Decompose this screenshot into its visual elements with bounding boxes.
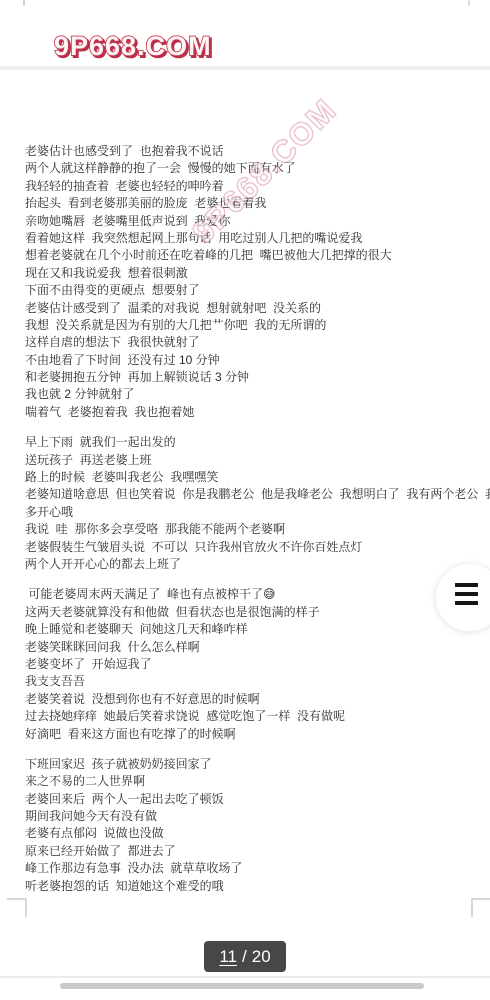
paragraph: 早上下雨 就我们一起出发的送玩孩子 再送老婆上班路上的时候 老婆叫我老公 我嘿嘿… [25,434,487,573]
text-line: 下班回家迟 孩子就被奶奶接回家了 [25,756,487,773]
text-line: 多开心哦 [25,504,487,521]
text-line: 老婆变坏了 开始逗我了 [25,656,487,673]
text-line: 这两天老婆就算没有和他做 但看状态也是很饱满的样子 [25,604,487,621]
text-line: 老婆假装生气皱眉头说 不可以 只许我州官放火不许你百姓点灯 [25,539,487,556]
progress-bar[interactable] [60,983,424,989]
reader-page: 9P668.COM 9P668.COM 9P668.COM 老婆估计也感受到了 … [0,0,490,1000]
page-corner-bottom-right [471,898,490,917]
paragraph: 下班回家迟 孩子就被奶奶接回家了来之不易的二人世界啊老婆回来后 两个人一起出去吃… [25,756,487,895]
page-corner-tick-right [468,0,470,6]
text-line: 老婆知道啥意思 但也笑着说 你是我鹏老公 他是我峰老公 我想明白了 我有两个老公… [25,486,487,503]
text-line: 老婆回来后 两个人一起出去吃了顿饭 [25,791,487,808]
text-line: 可能老婆周末两天满足了 峰也有点被榨干了😅 [25,586,487,603]
bottom-divider [0,976,490,978]
text-line: 送玩孩子 再送老婆上班 [25,452,487,469]
page-corner-bottom-left [7,898,27,917]
paragraph: 老婆估计也感受到了 也抱着我不说话两个人就这样静静的抱了一会 慢慢的她下面有水了… [25,143,487,421]
site-logo: 9P668.COM 9P668.COM [52,26,222,68]
text-line: 听老婆抱怨的话 知道她这个难受的哦 [25,878,487,895]
text-line: 我也就 2 分钟就射了 [25,386,487,403]
text-line: 喘着气 老婆抱着我 我也抱着她 [25,404,487,421]
hamburger-icon [455,583,479,609]
text-line: 下面不由得变的更硬点 想要射了 [25,282,487,299]
text-line: 我想 没关系就是因为有别的大几把艹你吧 我的无所谓的 [25,317,487,334]
text-line: 路上的时候 老婆叫我老公 我嘿嘿笑 [25,469,487,486]
text-line: 不由地看了下时间 还没有过 10 分钟 [25,352,487,369]
text-line: 现在又和我说爱我 想着很刺激 [25,265,487,282]
total-pages: 20 [252,947,271,967]
text-line: 来之不易的二人世界啊 [25,773,487,790]
text-line: 我支支吾吾 [25,673,487,690]
text-line: 老婆估计感受到了 温柔的对我说 想射就射吧 没关系的 [25,300,487,317]
text-line: 两个人开开心心的都去上班了 [25,556,487,573]
text-line: 抬起头 看到老婆那美丽的脸庞 老婆也看着我 [25,195,487,212]
page-indicator[interactable]: 11 / 20 [204,941,286,972]
text-line: 这样自虐的想法下 我很快就射了 [25,334,487,351]
text-line: 亲吻她嘴唇 老婆嘴里低声说到 我爱你 [25,213,487,230]
page-separator: / [242,947,247,967]
current-page-number[interactable]: 11 [219,947,237,967]
text-line: 我说 哇 那你多会享受咯 那我能不能两个老婆啊 [25,521,487,538]
text-line: 老婆估计也感受到了 也抱着我不说话 [25,143,487,160]
text-line: 过去挠她痒痒 她最后笑着求饶说 感觉吃饱了一样 没有做呢 [25,708,487,725]
text-line: 早上下雨 就我们一起出发的 [25,434,487,451]
page-corner-tick-left [23,0,25,6]
text-line: 期间我问她今天有没有做 [25,808,487,825]
text-line: 好滴吧 看来这方面也有吃撑了的时候啊 [25,726,487,743]
text-line: 两个人就这样静静的抱了一会 慢慢的她下面有水了 [25,160,487,177]
text-line: 和老婆拥抱五分钟 再加上解锁说话 3 分钟 [25,369,487,386]
text-line: 原来已经开始做了 都进去了 [25,843,487,860]
text-line: 晚上睡觉和老婆聊天 问她这几天和峰咋样 [25,621,487,638]
text-line: 老婆有点郁闷 说做也没做 [25,825,487,842]
text-line: 峰工作那边有急事 没办法 就草草收场了 [25,860,487,877]
text-content: 老婆估计也感受到了 也抱着我不说话两个人就这样静静的抱了一会 慢慢的她下面有水了… [25,143,487,908]
site-logo-text: 9P668.COM [54,31,212,61]
paragraph: 可能老婆周末两天满足了 峰也有点被榨干了😅这两天老婆就算没有和他做 但看状态也是… [25,586,487,743]
text-line: 我轻轻的抽查着 老婆也轻轻的呻吟着 [25,178,487,195]
text-line: 想着老婆就在几个小时前还在吃着峰的几把 嘴巴被他大几把撑的很大 [25,247,487,264]
text-line: 老婆笑着说 没想到你也有不好意思的时候啊 [25,691,487,708]
text-line: 看着她这样 我突然想起网上那句话 用吃过别人几把的嘴说爱我 [25,230,487,247]
text-line: 老婆笑眯眯回问我 什么怎么样啊 [25,639,487,656]
